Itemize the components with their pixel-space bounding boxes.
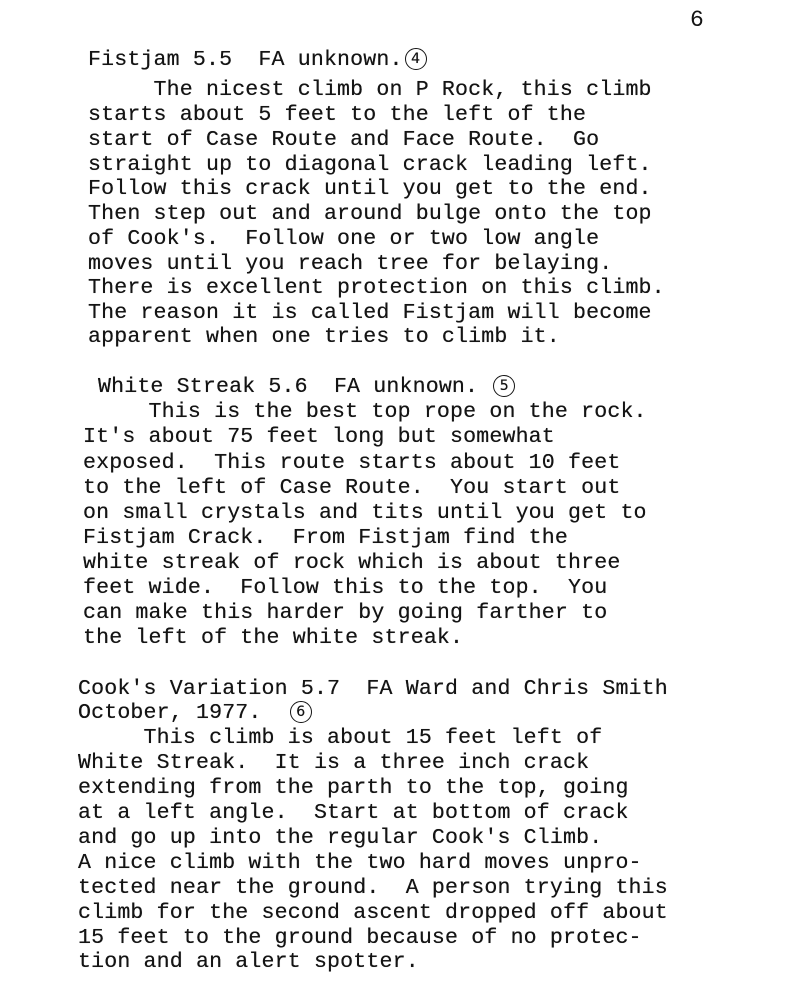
- text-line: Follow this crack until you get to the e…: [88, 177, 652, 202]
- text-line: Fistjam Crack. From Fistjam find the: [83, 526, 568, 551]
- text-line: It's about 75 feet long but somewhat: [83, 425, 555, 450]
- text-line: starts about 5 feet to the left of the: [88, 103, 586, 128]
- text-line: and go up into the regular Cook's Climb.: [78, 826, 602, 851]
- route-heading: Fistjam 5.5 FA unknown.4: [88, 48, 427, 73]
- text-line: Then step out and around bulge onto the …: [88, 202, 652, 227]
- text-line: A nice climb with the two hard moves unp…: [78, 851, 642, 876]
- text-line: moves until you reach tree for belaying.: [88, 252, 612, 277]
- text-line: on small crystals and tits until you get…: [83, 501, 647, 526]
- text-line: feet wide. Follow this to the top. You: [83, 576, 607, 601]
- text-line: The nicest climb on P Rock, this climb: [88, 78, 652, 103]
- text-line: start of Case Route and Face Route. Go: [88, 128, 599, 153]
- text-line: white streak of rock which is about thre…: [83, 551, 620, 576]
- text-line: There is excellent protection on this cl…: [88, 276, 665, 301]
- text-line: The reason it is called Fistjam will bec…: [88, 301, 652, 326]
- text-line: the left of the white streak.: [83, 626, 463, 651]
- text-line: exposed. This route starts about 10 feet: [83, 451, 620, 476]
- text-line: straight up to diagonal crack leading le…: [88, 153, 652, 178]
- text-line: at a left angle. Start at bottom of crac…: [78, 801, 629, 826]
- text-line: apparent when one tries to climb it.: [88, 325, 560, 350]
- page-number: 6: [690, 6, 704, 34]
- text-line: extending from the parth to the top, goi…: [78, 776, 629, 801]
- text-line: of Cook's. Follow one or two low angle: [88, 227, 599, 252]
- route-heading-date: October, 1977. 6: [78, 701, 312, 726]
- circled-number-marker: 4: [405, 48, 427, 70]
- text-line: 15 feet to the ground because of no prot…: [78, 926, 642, 951]
- circled-number-marker: 5: [493, 375, 515, 397]
- text-line: tion and an alert spotter.: [78, 950, 419, 975]
- circled-number-marker: 6: [290, 701, 312, 723]
- text-line: tected near the ground. A person trying …: [78, 876, 668, 901]
- text-line: This is the best top rope on the rock.: [83, 400, 647, 425]
- text-line: climb for the second ascent dropped off …: [78, 901, 668, 926]
- route-heading: Cook's Variation 5.7 FA Ward and Chris S…: [78, 677, 668, 702]
- text-line: White Streak. It is a three inch crack: [78, 751, 589, 776]
- text-line: This climb is about 15 feet left of: [78, 726, 602, 751]
- text-line: to the left of Case Route. You start out: [83, 476, 620, 501]
- text-line: can make this harder by going farther to: [83, 601, 607, 626]
- route-heading: White Streak 5.6 FA unknown. 5: [98, 375, 515, 400]
